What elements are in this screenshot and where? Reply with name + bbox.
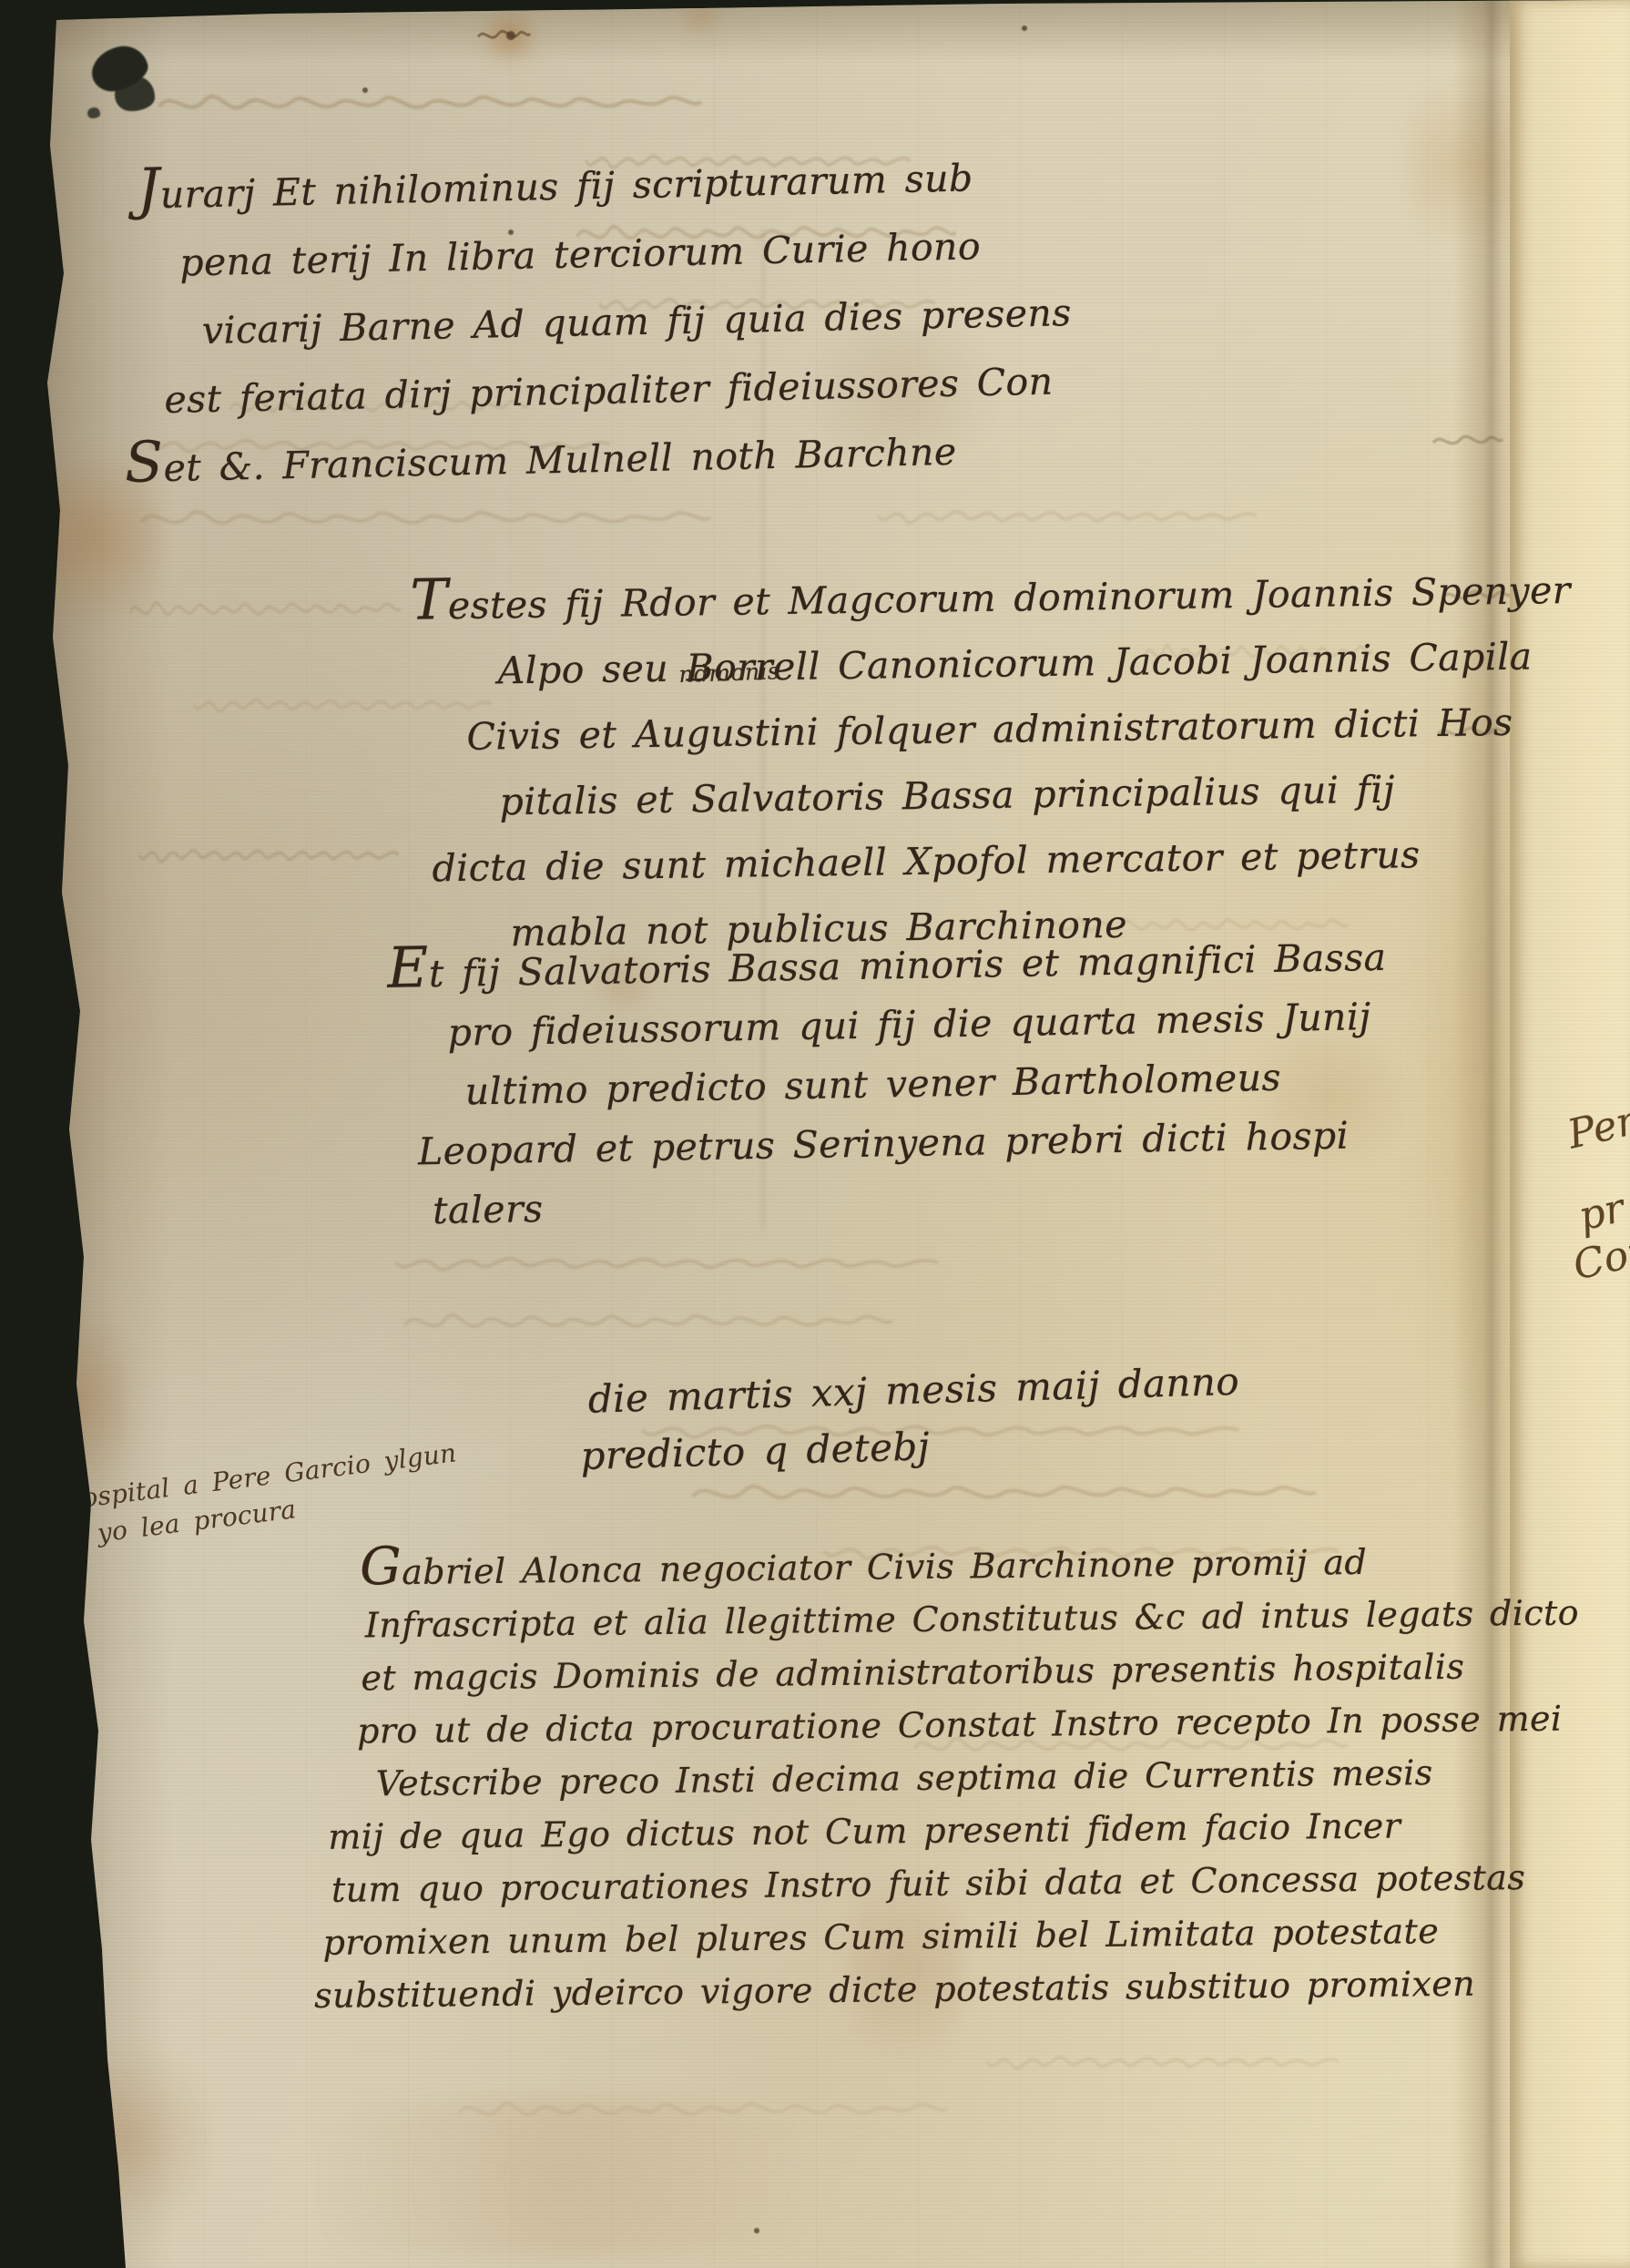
ink-blot <box>87 107 100 118</box>
ink-speck <box>1022 26 1027 31</box>
paragraph-testes: Testes fij Rdor et Magcorum dominorum Jo… <box>392 557 1575 967</box>
superscript-note: ndmonis <box>678 658 780 688</box>
paper-sheet: Jurarj Et nihilominus fij scripturarum s… <box>0 0 1630 2268</box>
paragraph-jurat: Jurarj Et nihilominus fij scripturarum s… <box>118 142 1075 504</box>
ink-speck <box>754 2228 759 2233</box>
paragraph-fidejussors: Et fij Salvatoris Bassa minoris et magni… <box>382 928 1391 1241</box>
ink-blot <box>115 77 155 111</box>
facing-page-fragment: Con <box>1568 1222 1630 1293</box>
date-line: die martis xxj mesis maij danno predicto… <box>578 1354 1242 1485</box>
manuscript-photo: { "document": { "ink_color": "#32251a", … <box>0 0 1630 2268</box>
stain-bottom-left <box>36 2031 209 2250</box>
ink-speck <box>362 87 368 93</box>
stain-top-right <box>669 2 733 33</box>
facing-page-fragment: Per <box>1563 1094 1630 1162</box>
paragraph-procura: Gabriel Alonca negociator Civis Barchino… <box>310 1533 1583 2022</box>
stain-bottom-center <box>219 2095 911 2259</box>
top-edge-shadow <box>0 0 1630 64</box>
ink-speck <box>506 31 515 40</box>
